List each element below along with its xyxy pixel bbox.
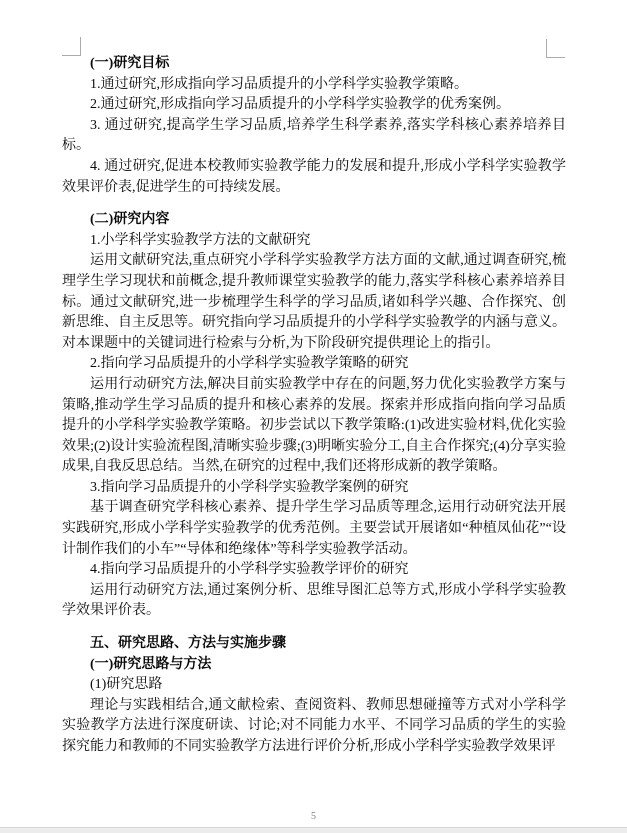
document-content: (一)研究目标1.通过研究,形成指向学习品质提升的小学科学实验教学策略。2.通过… (62, 54, 566, 758)
section-heading: (一)研究思路与方法 (62, 655, 566, 676)
paragraph: 1.通过研究,形成指向学习品质提升的小学科学实验教学策略。 (62, 75, 566, 96)
paragraph: 运用行动研究方法,通过案例分析、思维导图汇总等方式,形成小学科学实验教学效果评价… (62, 581, 566, 622)
blank-line (62, 622, 566, 634)
paragraph: 2.指向学习品质提升的小学科学实验教学策略的研究 (62, 354, 566, 375)
paragraph: 运用文献研究法,重点研究小学科学实验教学方法方面的文献,通过调查研究,梳理学生学… (62, 251, 566, 354)
section-heading: 五、研究思路、方法与实施步骤 (62, 634, 566, 655)
blank-line (62, 198, 566, 210)
paragraph: 3. 通过研究,提高学生学习品质,培养学生科学素养,落实学科核心素养培养目标。 (62, 116, 566, 157)
page-bottom-edge (0, 827, 627, 833)
paragraph: 基于调查研究学科核心素养、提升学生学习品质等理念,运用行动研究法开展实践研究,形… (62, 498, 566, 560)
paragraph: (1)研究思路 (62, 675, 566, 696)
paragraph: 3.指向学习品质提升的小学科学实验教学案例的研究 (62, 478, 566, 499)
paragraph: 2.通过研究,形成指向学习品质提升的小学科学实验教学的优秀案例。 (62, 95, 566, 116)
document-page: (一)研究目标1.通过研究,形成指向学习品质提升的小学科学实验教学策略。2.通过… (0, 0, 627, 833)
paragraph: 理论与实践相结合,通文献检索、查阅资料、教师思想碰撞等方式对小学科学实验教学方法… (62, 696, 566, 758)
paragraph: 4. 通过研究,促进本校教师实验教学能力的发展和提升,形成小学科学实验教学效果评… (62, 157, 566, 198)
section-heading: (二)研究内容 (62, 210, 566, 231)
page-number: 5 (0, 811, 627, 822)
section-heading: (一)研究目标 (62, 54, 566, 75)
paragraph: 运用行动研究方法,解决目前实验教学中存在的问题,努力优化实验教学方案与策略,推动… (62, 375, 566, 478)
paragraph: 1.小学科学实验教学方法的文献研究 (62, 231, 566, 252)
paragraph: 4.指向学习品质提升的小学科学实验教学评价的研究 (62, 560, 566, 581)
